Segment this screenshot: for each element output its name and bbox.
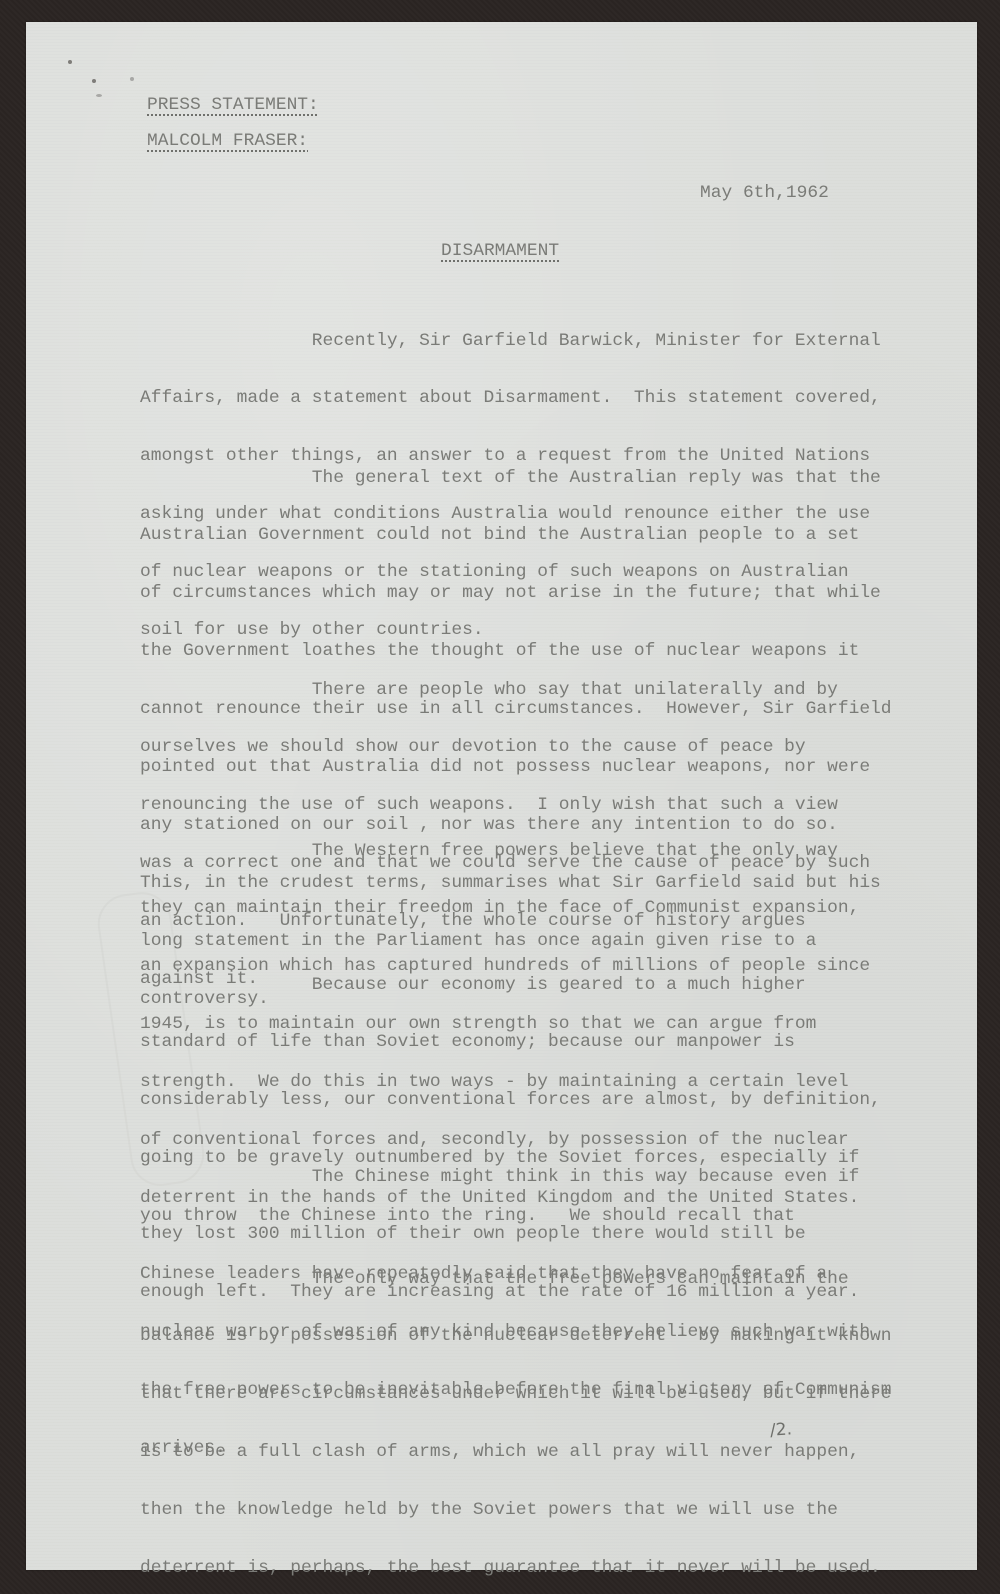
text-line: Australian Government could not bind the… bbox=[140, 526, 900, 545]
text-line: is to be a full clash of arms, which we … bbox=[140, 1443, 900, 1462]
text-line: that there are circumstances under which… bbox=[140, 1385, 900, 1404]
text-line: standard of life than Soviet economy; be… bbox=[140, 1033, 900, 1052]
text-line: ourselves we should show our devotion to… bbox=[140, 738, 900, 757]
text-line: deterrent is, perhaps, the best guarante… bbox=[140, 1559, 900, 1578]
text-line: Because our economy is geared to a much … bbox=[140, 976, 900, 995]
press-statement-label: PRESS STATEMENT: bbox=[147, 96, 319, 115]
text-line: The only way that the free powers can ma… bbox=[140, 1270, 900, 1289]
paragraph-7: The only way that the free powers can ma… bbox=[140, 1231, 900, 1594]
text-line: The Western free powers believe that the… bbox=[140, 842, 900, 861]
page-continuation-marker: /2. bbox=[769, 1419, 792, 1440]
text-line: Recently, Sir Garfield Barwick, Minister… bbox=[140, 332, 900, 351]
document-date: May 6th,1962 bbox=[700, 184, 829, 203]
text-line: they can maintain their freedom in the f… bbox=[140, 899, 900, 918]
document-title: DISARMAMENT bbox=[441, 242, 559, 261]
text-line: of circumstances which may or may not ar… bbox=[140, 584, 900, 603]
text-line: The Chinese might think in this way beca… bbox=[140, 1168, 900, 1187]
text-line: then the knowledge held by the Soviet po… bbox=[140, 1501, 900, 1520]
text-line: balance is by possession of the nuclear … bbox=[140, 1327, 900, 1346]
text-line: The general text of the Australian reply… bbox=[140, 469, 900, 488]
text-line: Affairs, made a statement about Disarmam… bbox=[140, 389, 900, 408]
text-line: There are people who say that unilateral… bbox=[140, 681, 900, 700]
text-line: considerably less, our conventional forc… bbox=[140, 1091, 900, 1110]
author-name: MALCOLM FRASER: bbox=[147, 132, 308, 151]
